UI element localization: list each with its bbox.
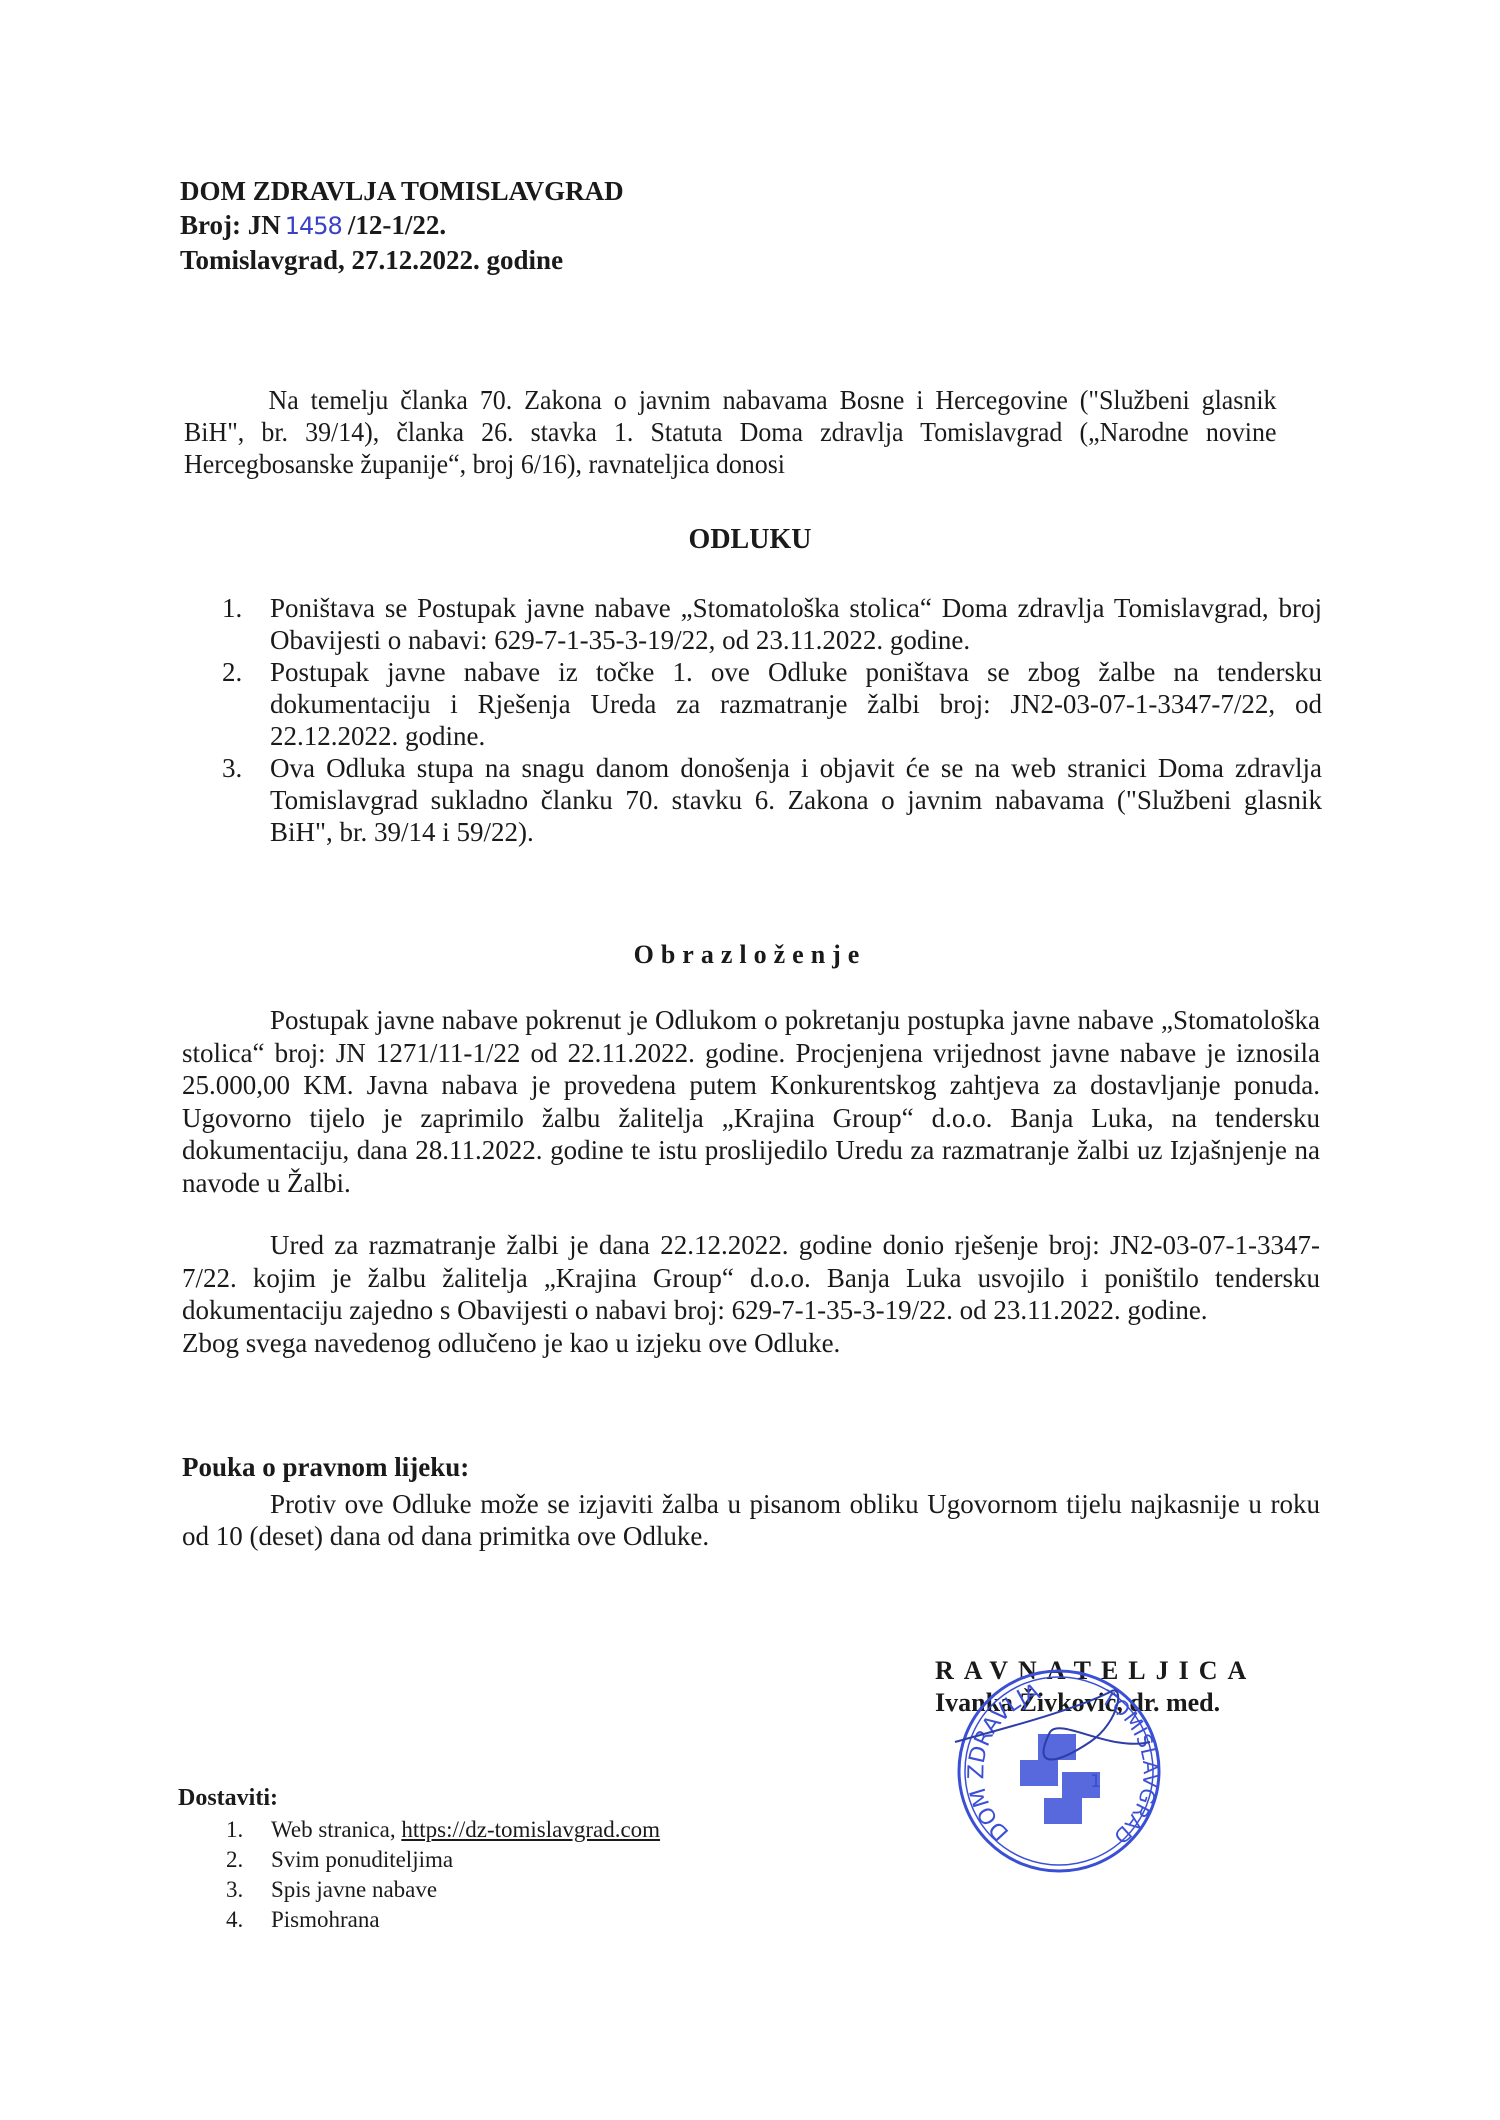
- delivery-item: 4.Pismohrana: [226, 1905, 660, 1935]
- decision-item: 1.Poništava se Postupak javne nabave „St…: [222, 592, 1322, 656]
- decision-item: 3.Ova Odluka stupa na snagu danom donoše…: [222, 752, 1322, 848]
- legal-remedy-title: Pouka o pravnom lijeku:: [182, 1452, 469, 1483]
- document-header: DOM ZDRAVLJA TOMISLAVGRAD Broj: JN1458/1…: [180, 174, 624, 277]
- reasoning-title: Obrazloženje: [0, 940, 1500, 970]
- decision-list: 1.Poništava se Postupak javne nabave „St…: [222, 592, 1322, 848]
- delivery-item: 1.Web stranica, https://dz-tomislavgrad.…: [226, 1815, 660, 1845]
- reasoning-section: Postupak javne nabave pokrenut je Odluko…: [182, 1004, 1320, 1359]
- delivery-title: Dostaviti:: [178, 1785, 278, 1812]
- place-date: Tomislavgrad, 27.12.2022. godine: [180, 243, 624, 277]
- handwritten-number: 1458: [285, 212, 342, 240]
- institution-name: DOM ZDRAVLJA TOMISLAVGRAD: [180, 174, 624, 208]
- reasoning-paragraph: Postupak javne nabave pokrenut je Odluko…: [182, 1004, 1320, 1199]
- intro-paragraph: Na temelju članka 70. Zakona o javnim na…: [184, 384, 1276, 480]
- delivery-item: 3.Spis javne nabave: [226, 1875, 660, 1905]
- document-page: DOM ZDRAVLJA TOMISLAVGRAD Broj: JN1458/1…: [0, 0, 1500, 2120]
- reasoning-conclusion: Zbog svega navedenog odlučeno je kao u i…: [182, 1327, 1320, 1360]
- reasoning-paragraph: Ured za razmatranje žalbi je dana 22.12.…: [182, 1229, 1320, 1327]
- decision-title: ODLUKU: [0, 524, 1500, 556]
- reference-number: Broj: JN1458/12-1/22.: [180, 208, 624, 243]
- legal-remedy-text: Protiv ove Odluke može se izjaviti žalba…: [182, 1488, 1320, 1552]
- delivery-item: 2.Svim ponuditeljima: [226, 1845, 660, 1875]
- decision-item: 2.Postupak javne nabave iz točke 1. ove …: [222, 656, 1322, 752]
- svg-text:TOMISLAVGRAD: TOMISLAVGRAD: [1097, 1685, 1163, 1849]
- delivery-list: 1.Web stranica, https://dz-tomislavgrad.…: [226, 1815, 660, 1935]
- official-stamp-icon: DOM ZDRAVLJA TOMISLAVGRAD 1: [950, 1662, 1168, 1880]
- website-link[interactable]: https://dz-tomislavgrad.com: [401, 1817, 660, 1842]
